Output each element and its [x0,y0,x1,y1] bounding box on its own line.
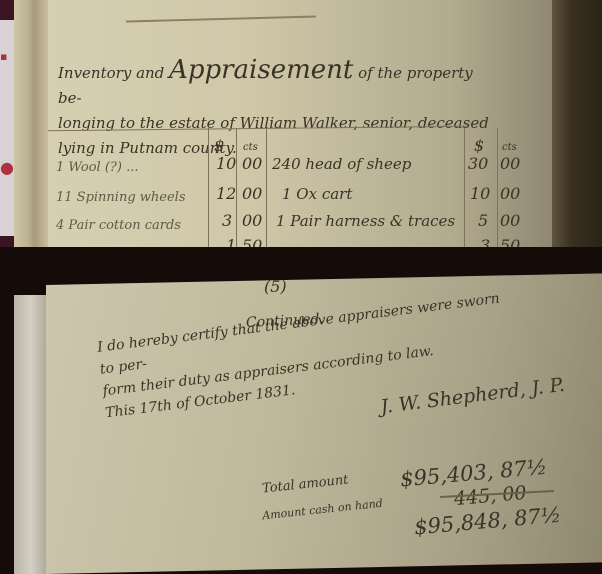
book-spine-strip: ▪ ● [0,0,14,247]
left-item-dollars: 10 [216,156,236,172]
right-item-dollars: 3 [480,238,490,247]
left-item-dollars: 1 [226,238,236,247]
column-divider [266,128,267,247]
heading-line-1: Inventory and Appraisement of the proper… [58,58,498,111]
spine-mark: ▪ [0,50,14,63]
spine-mark: ● [0,158,14,177]
right-item-dollars: 10 [470,186,490,202]
top-ledger-photo: ▪ ● Inventory and Appraisement of the pr… [0,0,602,247]
bottom-ledger-photo: (5) Continued. I do hereby certify that … [0,247,602,574]
right-item-description: 240 head of sheep [272,156,411,172]
right-item-cents: 00 [500,213,520,229]
left-item-cents: 00 [242,156,262,172]
right-item-description: 1 Pair harness & traces [276,213,455,229]
right-item-description: 1 Ox cart [282,186,352,202]
column-divider [497,128,498,247]
right-item-dollars: 30 [468,156,488,172]
left-item-cents: 00 [242,186,262,202]
column-divider [208,128,209,247]
book-binding [14,0,48,247]
right-item-cents: 00 [500,186,520,202]
heading-appraisement: Appraisement [169,55,353,85]
right-item-dollars: 5 [478,213,488,229]
inventory-heading: Inventory and Appraisement of the proper… [58,58,498,161]
right-item-cents: 00 [500,156,520,172]
page-stack-edge [14,295,48,574]
left-item-description: 1 Wool (?) ... [56,160,138,176]
right-dollars-header: $ [474,138,484,154]
left-dollars-header: $ [214,138,224,154]
page-number: (5) [264,277,287,296]
left-item-cents: 00 [242,213,262,229]
left-item-cents: 50 [242,238,262,247]
column-divider [464,128,465,247]
left-item-description: ... [110,240,122,247]
left-item-description: 11 Spinning wheels [56,190,186,206]
left-item-description: 4 Pair cotton cards [56,218,181,234]
left-item-dollars: 3 [222,213,232,229]
right-item-cents: 50 [500,238,520,247]
right-item-description: ... [276,238,288,247]
heading-line-2: longing to the estate of William Walker,… [58,111,498,136]
page-shadow [552,0,602,247]
left-item-dollars: 12 [216,186,236,202]
